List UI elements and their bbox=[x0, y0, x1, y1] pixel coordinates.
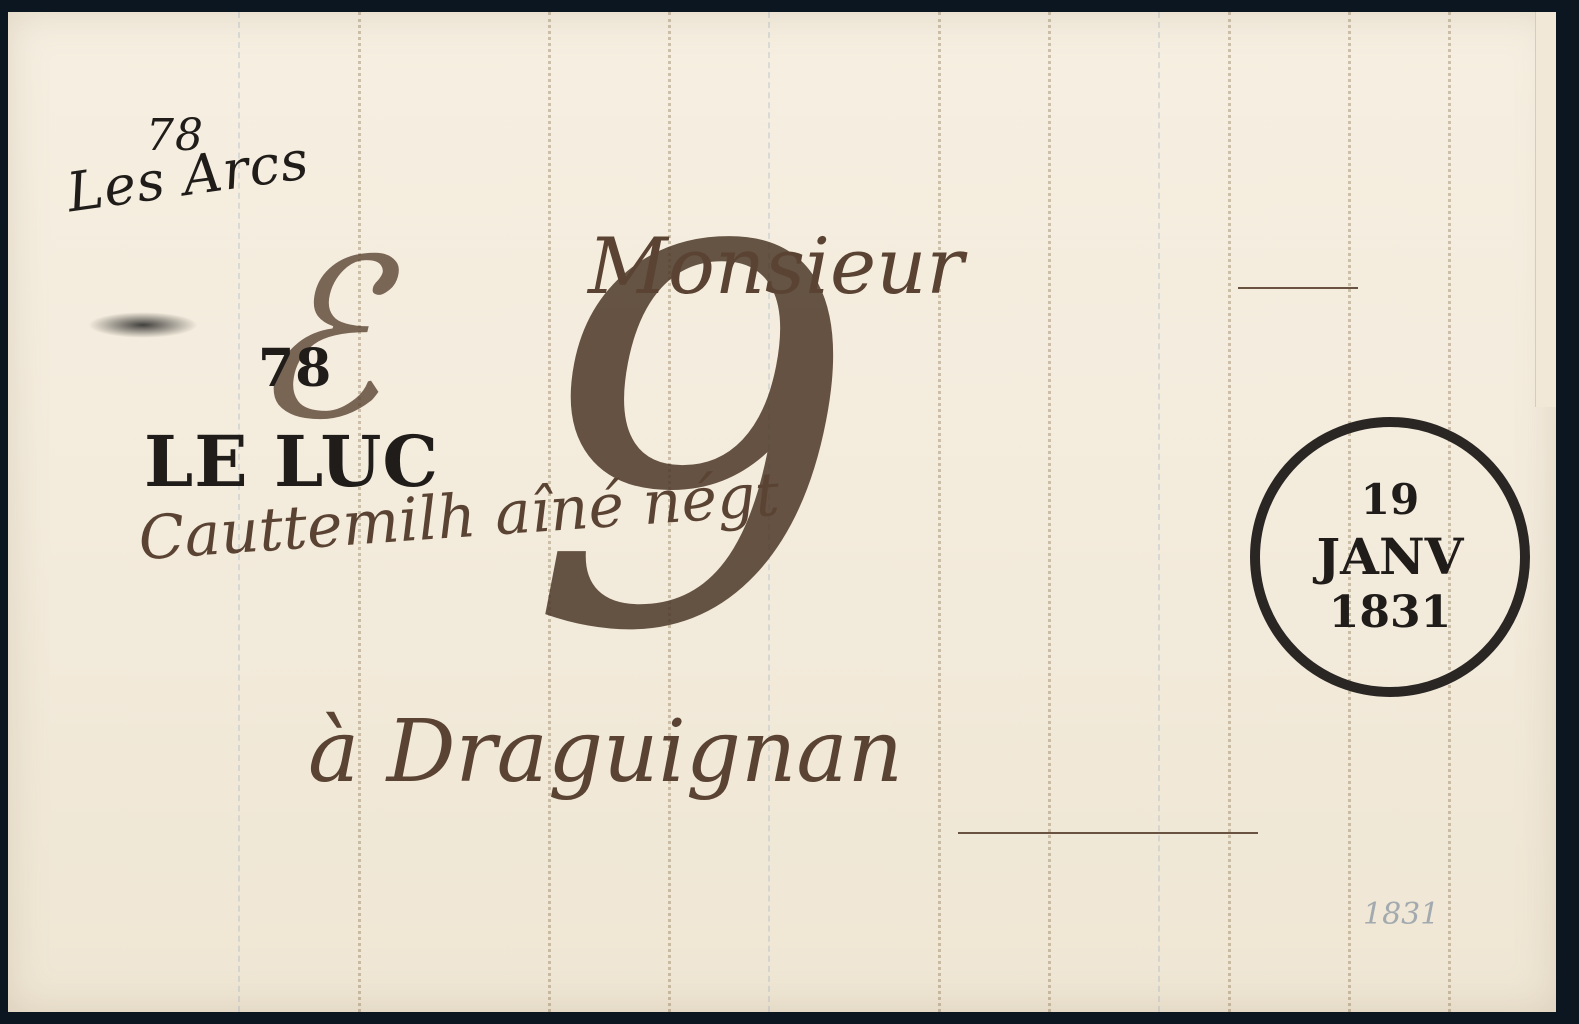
underline bbox=[958, 832, 1258, 834]
fold-flap bbox=[1535, 12, 1556, 407]
ink-smudge bbox=[88, 312, 198, 338]
le-luc-department-number: 78 bbox=[258, 338, 332, 399]
date-stamp-month: JANV bbox=[1260, 527, 1520, 586]
date-stamp-year: 1831 bbox=[1260, 587, 1520, 638]
date-stamp-day: 19 bbox=[1260, 475, 1520, 524]
ink-bleed bbox=[938, 12, 941, 1012]
ink-bleed bbox=[1048, 12, 1051, 1012]
ink-bleed bbox=[1228, 12, 1231, 1012]
pencil-note: 1831 bbox=[1363, 897, 1439, 932]
underline bbox=[1238, 287, 1358, 289]
letter-sheet: ℰ 9 78 Les Arcs 78 LE LUC Monsieur Cautt… bbox=[8, 12, 1556, 1012]
date-stamp: 19 JANV 1831 bbox=[1250, 417, 1530, 697]
salutation: Monsieur bbox=[588, 222, 964, 312]
ink-bleed-blue bbox=[1158, 12, 1160, 1012]
destination: à Draguignan bbox=[308, 702, 903, 802]
